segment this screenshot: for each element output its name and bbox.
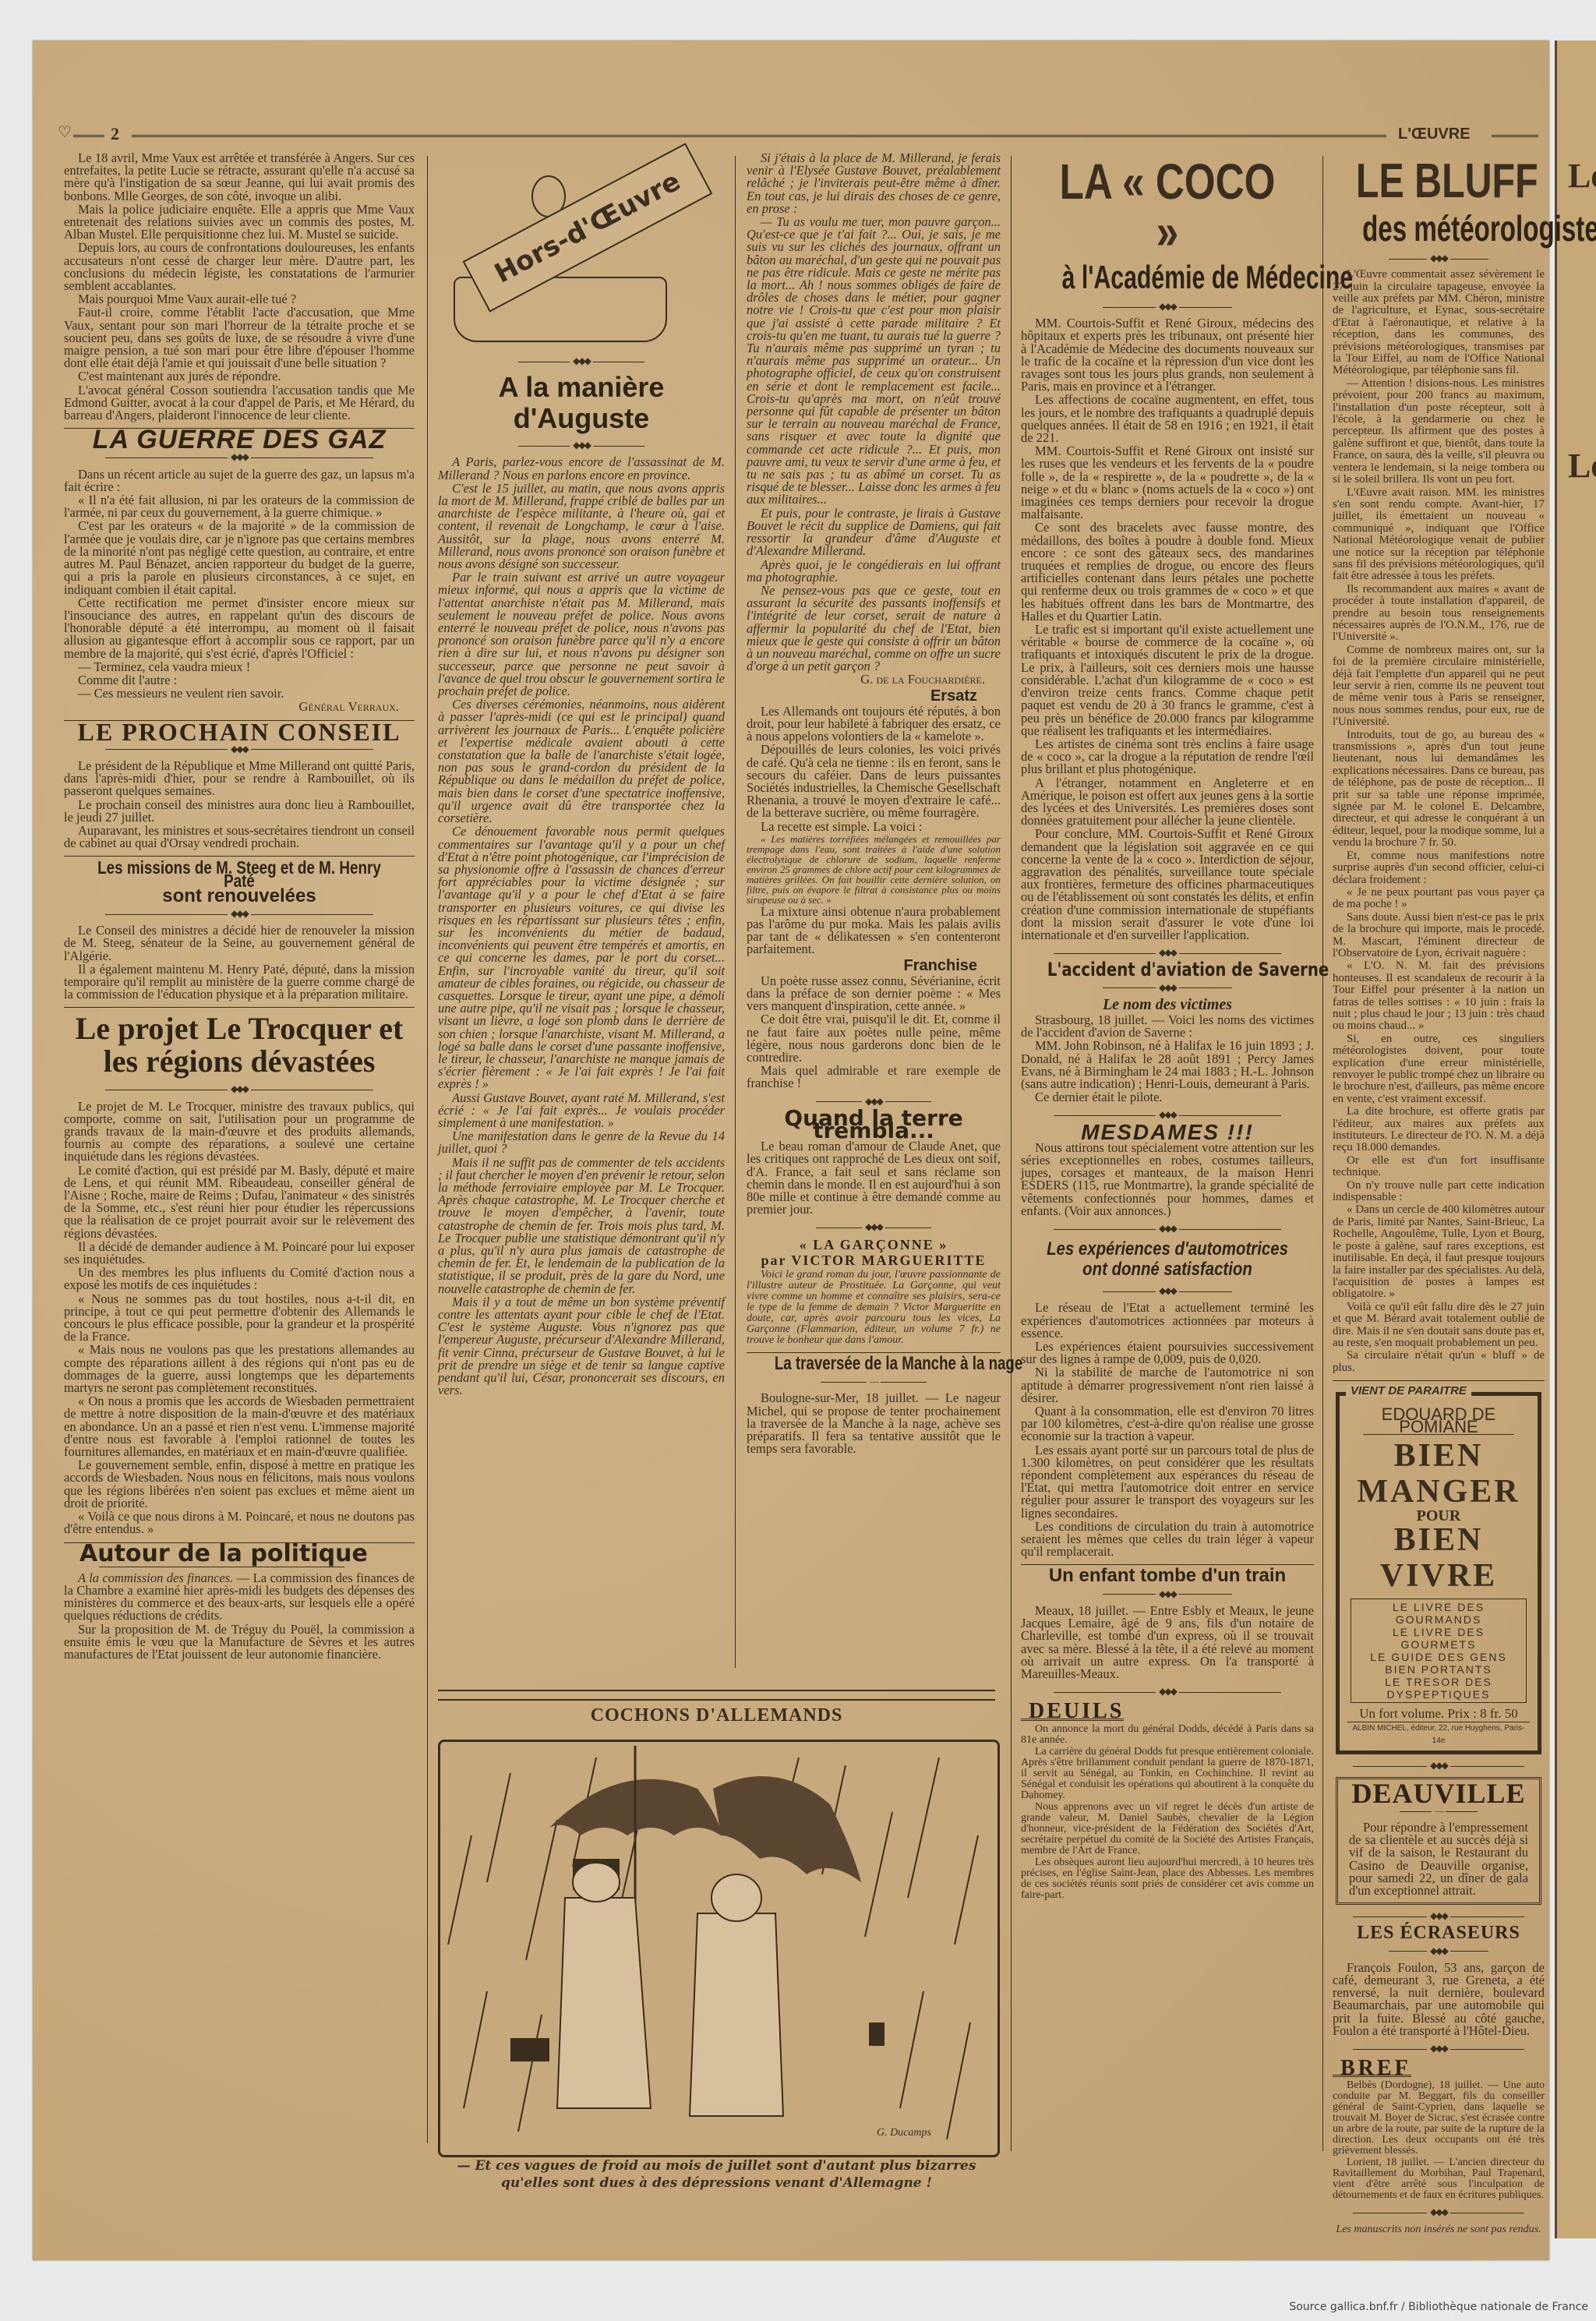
headline-la-garconne: « LA GARÇONNE » bbox=[747, 1238, 1001, 1251]
headline-le-bluff: LE BLUFF bbox=[1356, 157, 1521, 207]
article-guerre-des-gaz: Dans un récent article au sujet de la gu… bbox=[64, 468, 415, 714]
rain-umbrella-drawing: G. Ducamps bbox=[440, 1742, 997, 2155]
headline-automotrices: Les expériences d'automotrices ont donné… bbox=[1043, 1239, 1292, 1280]
cartoon-title: COCHONS D'ALLEMANDS bbox=[438, 1705, 995, 1726]
deauville-notice: DEAUVILLE — Pour répondre à l'empresseme… bbox=[1336, 1777, 1541, 1906]
headline-ersatz: Ersatz bbox=[747, 690, 1001, 702]
headline-prochain-conseil: LE PROCHAIN CONSEIL bbox=[64, 726, 415, 738]
headline-bref: BREF bbox=[1333, 2062, 1411, 2077]
article-auguste: A Paris, parlez-vous encore de l'assassi… bbox=[438, 456, 725, 1397]
headline-mesdames: MESDAMES !!! bbox=[1021, 1126, 1314, 1139]
wavy-rule bbox=[438, 1690, 995, 1701]
hors-doeuvre-illustration: Hors-d'Œuvre bbox=[438, 152, 725, 347]
cartoon-caption: — Et ces vagues de froid au mois de juil… bbox=[438, 2157, 995, 2192]
column-4: LE BLUFF des météorologistes ◆◆◆ L'Œuvre… bbox=[1333, 152, 1545, 2236]
manuscripts-note: Les manuscrits non insérés ne sont pas r… bbox=[1333, 2224, 1545, 2236]
headline-traversee-manche: La traversée de la Manche à la nage bbox=[775, 1358, 973, 1370]
column-1: Le 18 avril, Mme Vaux est arrêtée et tra… bbox=[64, 152, 415, 1662]
column-2b: Si j'étais à la place de M. Millerand, j… bbox=[747, 152, 1001, 1456]
source-attribution: Source gallica.bnf.fr / Bibliothèque nat… bbox=[1289, 2301, 1588, 2313]
headline-accident-saverne: L'accident d'aviation de Saverne bbox=[1047, 963, 1287, 976]
byline: G. de la Fouchardière. bbox=[747, 673, 1001, 686]
column-3: LA « COCO » à l'Académie de Médecine ◆◆◆… bbox=[1021, 152, 1314, 1902]
page-number: 2 bbox=[111, 124, 119, 144]
headline-missions: Les missions de M. Steeg et de M. Henry … bbox=[96, 861, 383, 886]
headline-deuils: DEUILS bbox=[1021, 1705, 1124, 1720]
headline-guerre-des-gaz: LA GUERRE DES GAZ bbox=[64, 433, 415, 446]
headline-academie-medecine: à l'Académie de Médecine bbox=[1062, 260, 1273, 295]
page-header: ♡ 2 L'ŒUVRE bbox=[58, 129, 1538, 144]
headline-projet-le-trocquer: Le projet Le Trocquer et les régions dév… bbox=[64, 1012, 415, 1078]
headline-enfant-train: Un enfant tombe d'un train bbox=[1021, 1570, 1314, 1582]
headline-maniere-auguste: A la manière d'Auguste bbox=[438, 372, 725, 434]
column-rule bbox=[1322, 156, 1323, 2151]
cartoon-illustration: G. Ducamps bbox=[438, 1740, 1000, 2157]
article-vaux: Le 18 avril, Mme Vaux est arrêtée et tra… bbox=[64, 152, 415, 422]
adjacent-page-fragment: Le bbox=[1568, 446, 1596, 486]
column-rule bbox=[1011, 156, 1012, 2151]
book-advertisement: VIENT DE PARAITRE EDOUARD DE POMIANE BIE… bbox=[1336, 1392, 1541, 1754]
ornament-icon: ♡ bbox=[58, 122, 72, 142]
newspaper-name: L'ŒUVRE bbox=[1398, 125, 1471, 143]
headline-la-coco: LA « COCO » bbox=[1050, 157, 1285, 256]
column-rule bbox=[735, 156, 736, 1668]
garconne-author: par VICTOR MARGUERITTE bbox=[747, 1254, 1001, 1266]
adjacent-page-fragment: Le bbox=[1568, 156, 1596, 196]
headline-ecraseurs: LES ÉCRASEURS bbox=[1333, 1927, 1545, 1939]
headline-terre-trembla: Quand la terre trembla... bbox=[747, 1112, 1001, 1137]
headline-deauville: DEAUVILLE bbox=[1349, 1787, 1528, 1800]
column-rule bbox=[427, 156, 428, 2143]
byline: Général Verraux. bbox=[64, 701, 415, 713]
headline-missions-sub: sont renouvelées bbox=[64, 890, 415, 903]
cartoon-signature: G. Ducamps bbox=[877, 2127, 932, 2139]
headline-franchise: Franchise bbox=[747, 959, 1001, 972]
adjacent-page-edge: Le Le bbox=[1555, 41, 1596, 2238]
subhead-nom-victimes: Le nom des victimes bbox=[1021, 998, 1314, 1011]
headline-autour-politique: Autour de la politique bbox=[64, 1548, 415, 1560]
column-2: Hors-d'Œuvre ◆◆◆ A la manière d'Auguste … bbox=[438, 152, 725, 1397]
headline-meteorologistes: des météorologistes bbox=[1362, 210, 1515, 247]
